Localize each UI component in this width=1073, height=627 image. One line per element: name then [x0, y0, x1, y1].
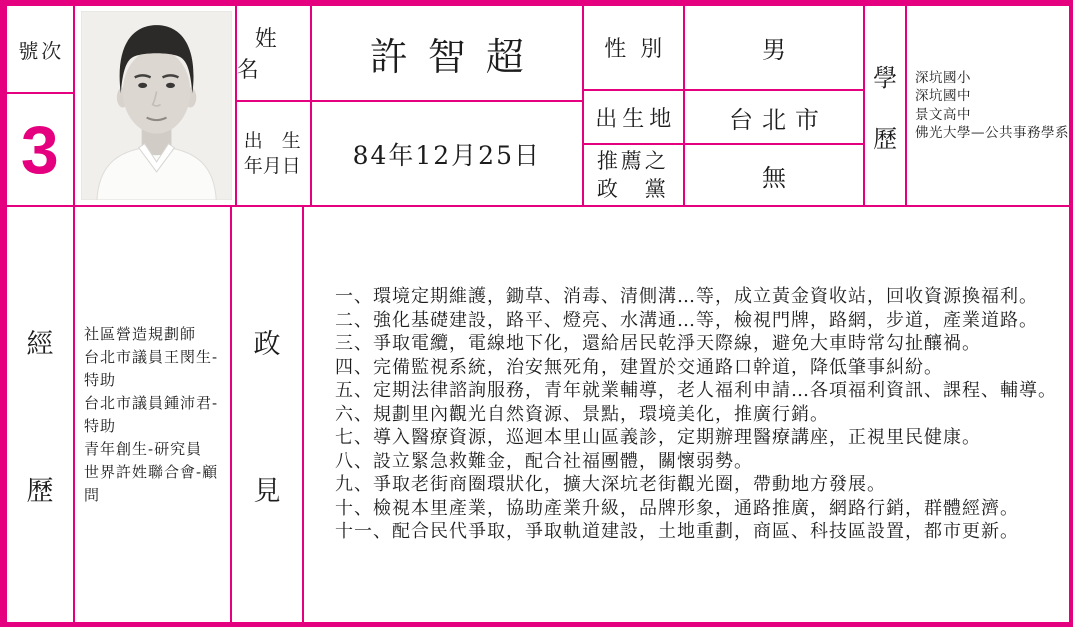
policy-item: 五、定期法律諮詢服務，青年就業輔導，老人福利申請…各項福利資訊、課程、輔導。: [335, 379, 1057, 403]
policy-item: 三、爭取電纜，電線地下化，還給居民乾淨天際線，避免大車時常勾扯釀禍。: [335, 332, 1057, 356]
education-label-char1: 學: [873, 58, 897, 93]
policy-item: 九、爭取老街商圈環狀化，擴大深坑老街觀光圈，帶動地方發展。: [335, 473, 1057, 497]
party-label-line2: 政 黨: [597, 175, 670, 203]
policy-item: 四、完備監視系統，治安無死角，建置於交通路口幹道，降低肇事糾紛。: [335, 356, 1057, 380]
policy-label-char2: 見: [254, 469, 281, 508]
name-label: 姓名: [237, 6, 310, 100]
birthdate-label: 出 生 年月日: [237, 102, 310, 205]
gender-birthplace-party-group: 性別 男 出生地 台北市 推薦之 政 黨 無: [584, 6, 863, 205]
education-list: 深坑國小 深坑國中 景文高中 佛光大學—公共事務學系: [907, 6, 1069, 205]
ballot-number-label: 號次: [7, 6, 73, 92]
birthplace-label: 出生地: [584, 91, 683, 143]
ballot-number-cell: 3: [7, 94, 73, 205]
policy-item: 七、導入醫療資源，巡迴本里山區義診，定期辦理醫療講座，正視里民健康。: [335, 426, 1057, 450]
birthdate-label-line2: 年月日: [244, 154, 303, 179]
birthplace-row: 出生地 台北市: [584, 91, 863, 143]
experience-list: 社區營造規劃師 台北市議員王閔生-特助 台北市議員鍾沛君-特助 青年創生-研究員…: [75, 207, 230, 622]
experience-policy-section: 經 歷 社區營造規劃師 台北市議員王閔生-特助 台北市議員鍾沛君-特助 青年創生…: [7, 207, 1069, 622]
ballot-number-column: 號次 3: [7, 6, 73, 205]
education-label-char2: 歷: [873, 119, 897, 154]
candidate-portrait-photo: [81, 11, 232, 200]
name-birthdate-group: 姓名 許智超 出 生 年月日 84年12月25日: [237, 6, 582, 205]
candidate-bulletin-card: 號次 3: [0, 0, 1073, 627]
experience-item: 社區營造規劃師: [84, 323, 226, 346]
experience-item: 世界許姓聯合會-顧問: [84, 461, 226, 507]
birthdate-row: 出 生 年月日 84年12月25日: [237, 102, 582, 205]
policy-item: 八、設立緊急救難金，配合社福團體，關懷弱勢。: [335, 450, 1057, 474]
education-label: 學 歷: [865, 6, 905, 205]
experience-item: 青年創生-研究員: [84, 438, 226, 461]
policy-item: 十、檢視本里產業，協助產業升級，品牌形象，通路推廣，網路行銷，群體經濟。: [335, 497, 1057, 521]
education-item: 佛光大學—公共事務學系: [915, 124, 1069, 143]
name-row: 姓名 許智超: [237, 6, 582, 100]
birthdate-label-line1: 出 生: [244, 129, 303, 154]
gender-value: 男: [685, 6, 863, 89]
policy-item: 十一、配合民代爭取，爭取軌道建設，土地重劃，商區、科技區設置，都市更新。: [335, 520, 1057, 544]
birthplace-value: 台北市: [685, 91, 863, 143]
education-item: 深坑國小: [915, 69, 1069, 88]
experience-item: 台北市議員鍾沛君-特助: [84, 392, 226, 438]
party-label-line1: 推薦之: [597, 147, 670, 175]
party-value: 無: [685, 145, 863, 205]
candidate-summary-section: 號次 3: [7, 6, 1069, 205]
policy-label-char1: 政: [254, 322, 281, 361]
birthdate-value: 84年12月25日: [312, 102, 582, 205]
policy-list: 一、環境定期維護，鋤草、消毒、清側溝…等，成立黃金資收站，回收資源換福利。 二、…: [304, 207, 1069, 622]
education-item: 景文高中: [915, 106, 1069, 125]
party-label: 推薦之 政 黨: [584, 145, 683, 205]
gender-row: 性別 男: [584, 6, 863, 89]
ballot-number-value: 3: [21, 116, 59, 184]
policy-item: 一、環境定期維護，鋤草、消毒、清側溝…等，成立黃金資收站，回收資源換福利。: [335, 285, 1057, 309]
party-row: 推薦之 政 黨 無: [584, 145, 863, 205]
policy-item: 二、強化基礎建設，路平、燈亮、水溝通…等，檢視門牌，路網，步道，產業道路。: [335, 309, 1057, 333]
experience-label-char2: 歷: [27, 469, 54, 508]
experience-label: 經 歷: [7, 207, 73, 622]
experience-label-char1: 經: [27, 322, 54, 361]
candidate-photo: [75, 6, 235, 205]
name-value: 許智超: [312, 6, 582, 100]
policy-item: 六、規劃里內觀光自然資源、景點，環境美化，推廣行銷。: [335, 403, 1057, 427]
experience-item: 台北市議員王閔生-特助: [84, 346, 226, 392]
education-item: 深坑國中: [915, 87, 1069, 106]
policy-label: 政 見: [232, 207, 302, 622]
gender-label: 性別: [584, 6, 683, 89]
